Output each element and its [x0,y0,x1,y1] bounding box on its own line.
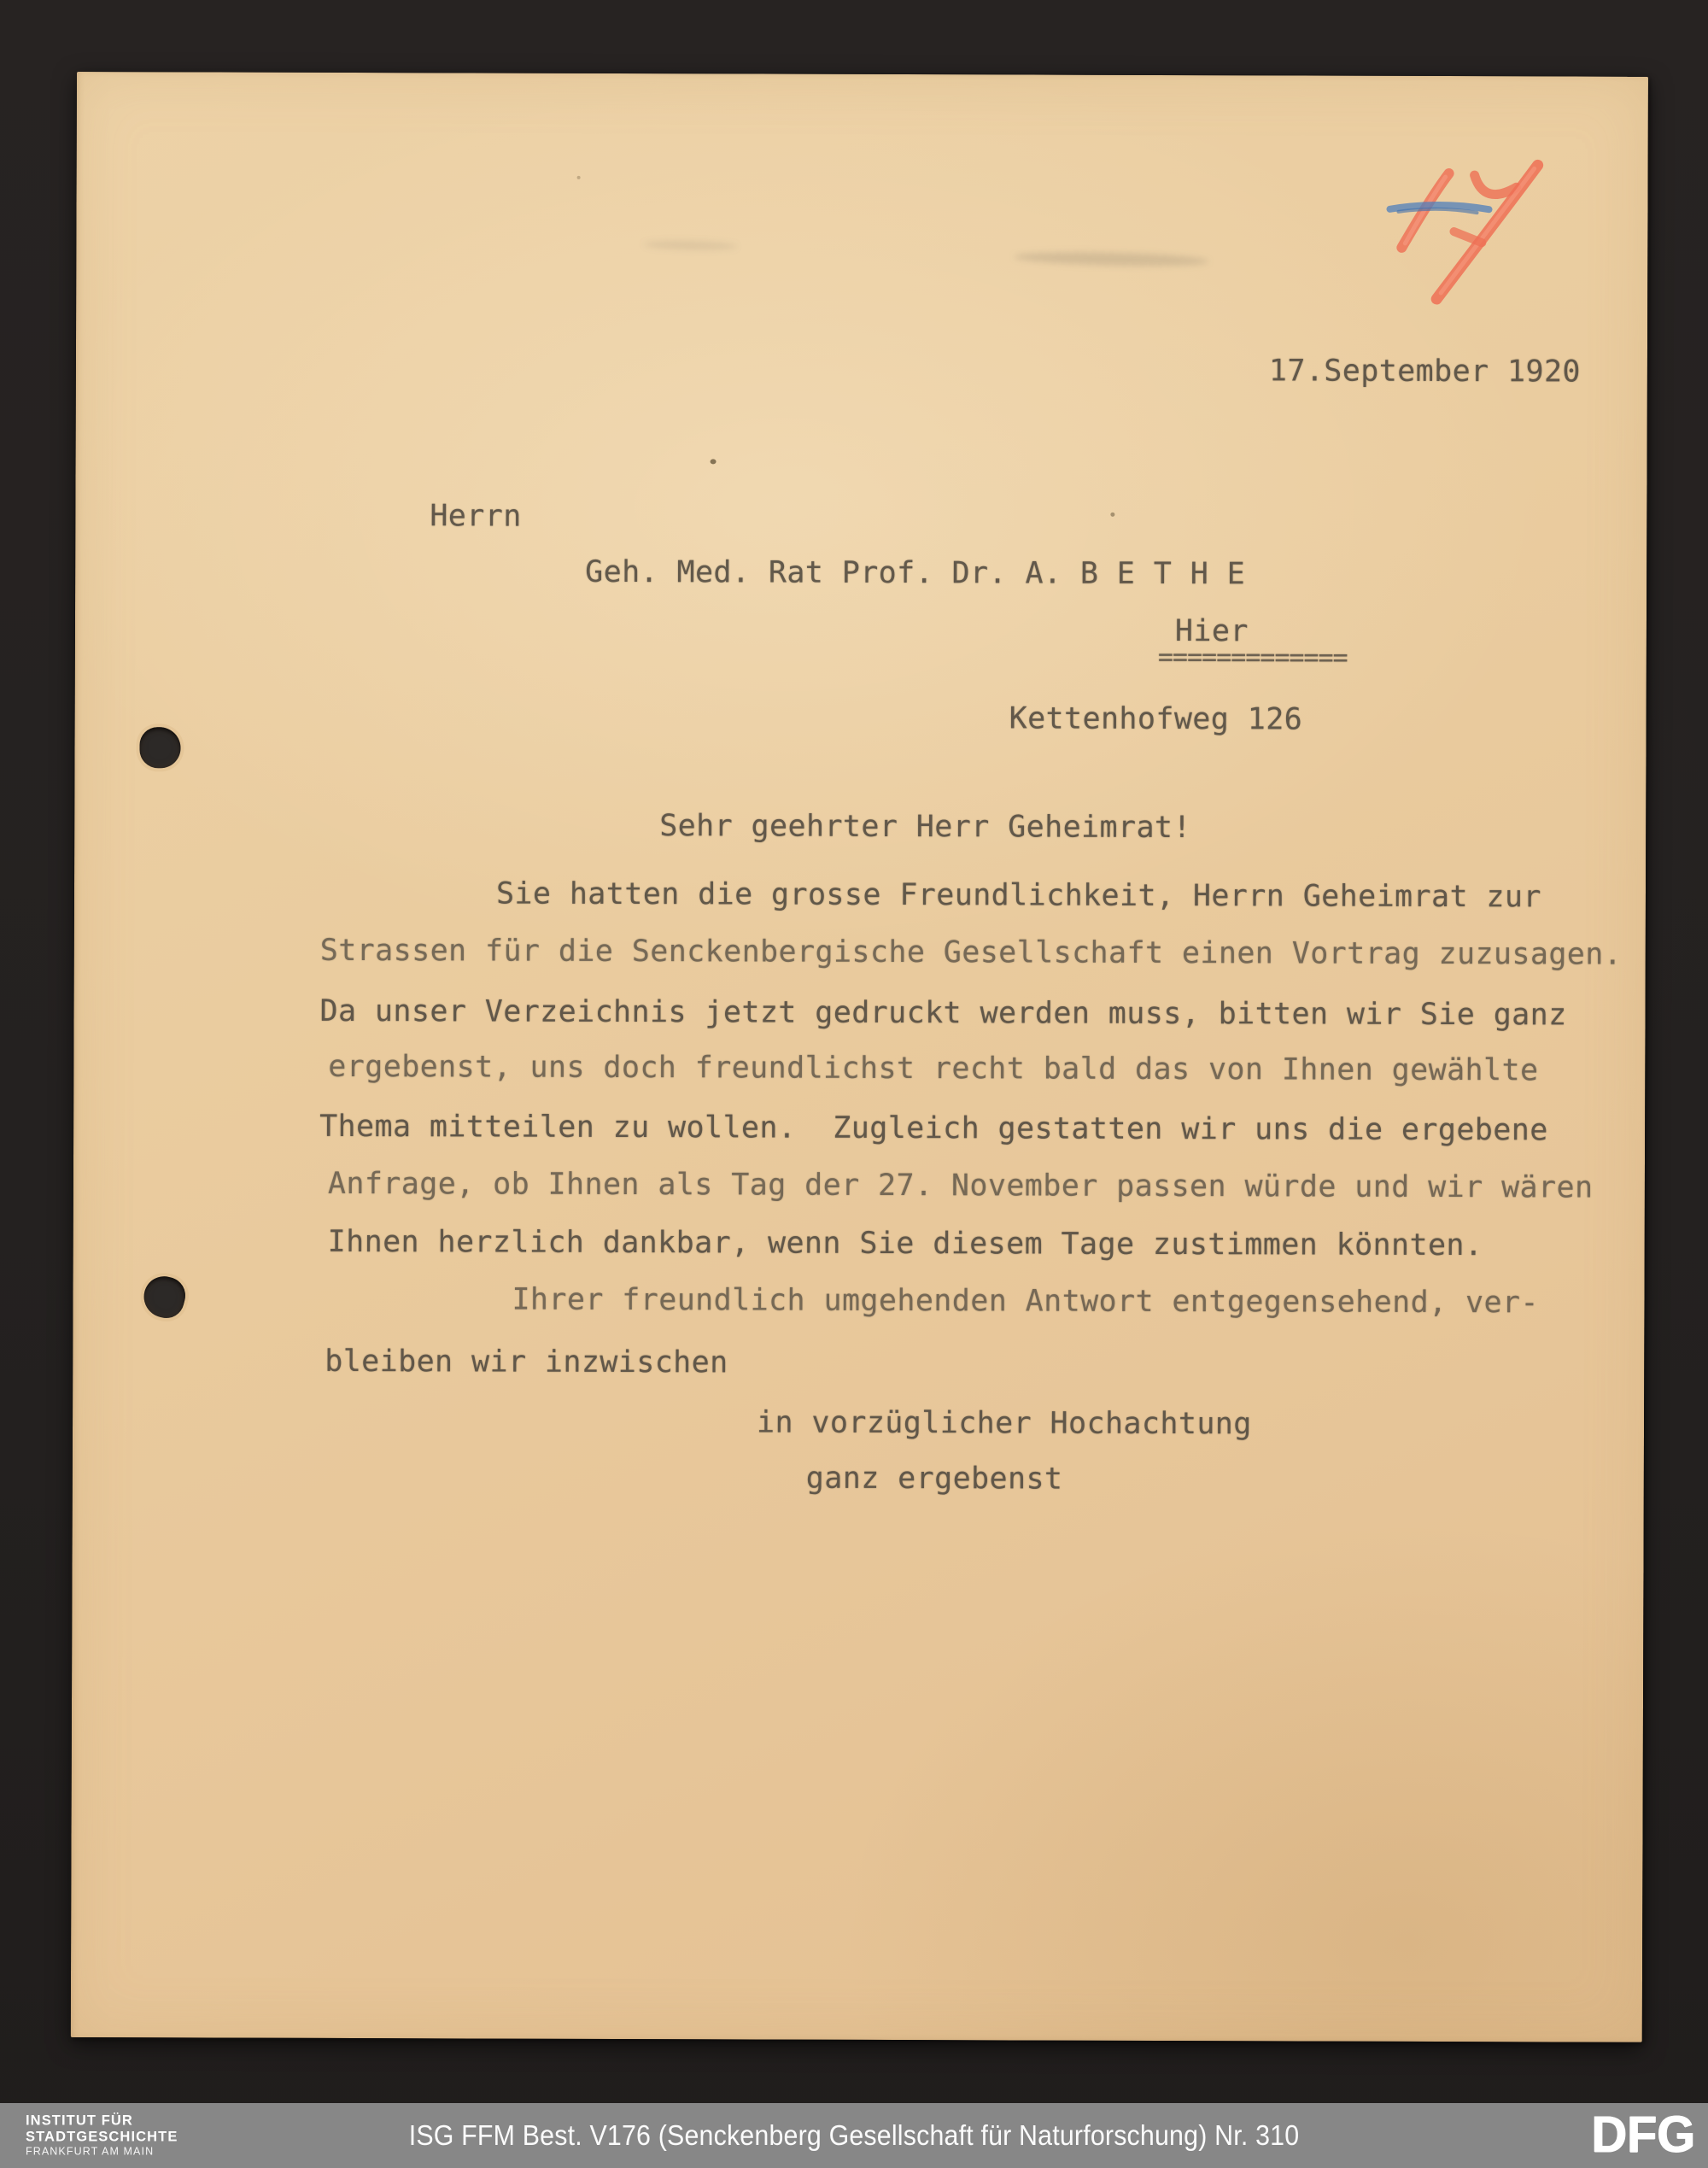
institute-name-line1: INSTITUT FÜR [26,2113,178,2130]
punch-hole-top [139,727,180,768]
body-line: ergebenst, uns doch freundlichst recht b… [328,1052,1538,1086]
paper-speck [711,459,717,464]
letter-greeting: Sehr geehrter Herr Geheimrat! [659,812,1191,843]
scan-background-mat: 17.September 1920 Herrn Geh. Med. Rat Pr… [0,0,1708,2168]
body-line: Ihnen herzlich dankbar, wenn Sie diesem … [328,1228,1483,1261]
body-line: Da unser Verzeichnis jetzt gedruckt werd… [319,997,1566,1031]
punch-hole-bottom [139,1272,189,1321]
recipient-city-underline: ============= [1158,642,1348,673]
institute-name-line2: STADTGESCHICHTE [26,2130,178,2146]
body-line: Sie hatten die grosse Freundlichkeit, He… [496,880,1541,913]
institute-logo: INSTITUT FÜR STADTGESCHICHTE FRANKFURT A… [26,2113,178,2159]
body-line: Ihrer freundlich umgehenden Antwort entg… [512,1286,1539,1319]
closing-signoff: ganz ergebenst [806,1464,1063,1495]
recipient-street: Kettenhofweg 126 [1009,704,1303,735]
body-line: bleiben wir inzwischen [325,1347,728,1378]
body-line: Anfrage, ob Ihnen als Tag der 27. Novemb… [328,1169,1594,1204]
handwritten-archival-number-17 [1348,141,1571,330]
recipient-name: Geh. Med. Rat Prof. Dr. A. B E T H E [585,558,1245,589]
paper-speck [1110,513,1114,517]
closing-formula: in vorzüglicher Hochachtung [757,1409,1252,1440]
recipient-salutation: Herrn [430,501,521,531]
archival-reference-caption: ISG FFM Best. V176 (Senckenberg Gesellsc… [409,2119,1300,2152]
letter-page: 17.September 1920 Herrn Geh. Med. Rat Pr… [71,72,1648,2042]
pencil-smudge [1014,250,1208,267]
archive-caption-bar: INSTITUT FÜR STADTGESCHICHTE FRANKFURT A… [0,2103,1708,2168]
letter-date: 17.September 1920 [1269,356,1581,387]
body-line: Thema mitteilen zu wollen. Zugleich gest… [319,1112,1548,1146]
pencil-smudge [643,240,737,251]
dfg-logo: DFG [1592,2105,1696,2164]
institute-name-line3: FRANKFURT AM MAIN [26,2146,178,2159]
body-line: Strassen für die Senckenbergische Gesell… [320,936,1623,970]
paper-speck [577,176,581,179]
